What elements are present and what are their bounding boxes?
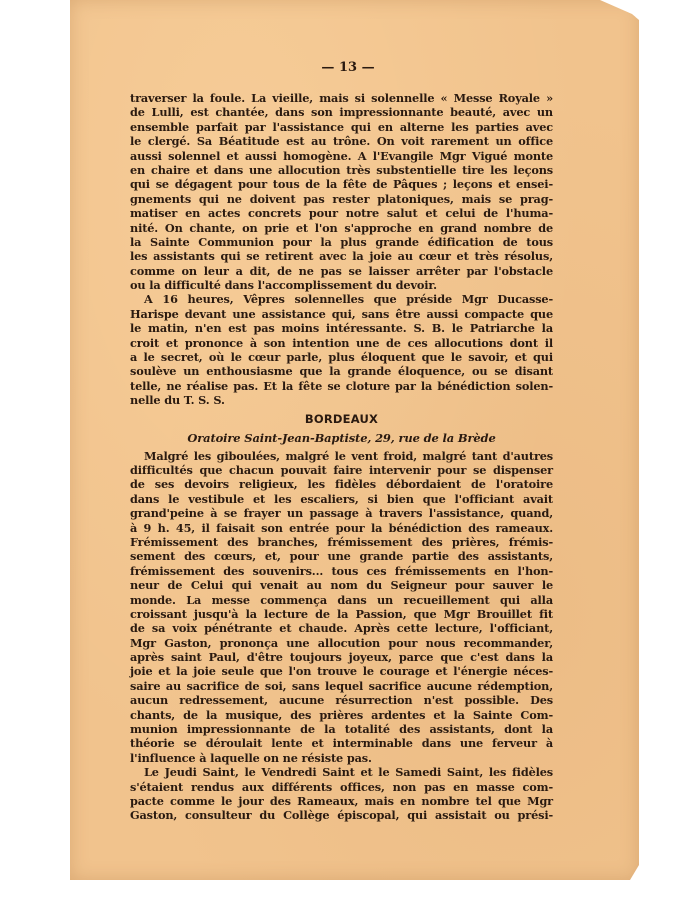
paragraph-4: Le Jeudi Saint, le Vendredi Saint et le … [130, 765, 553, 823]
page-number: — 13 — [0, 60, 696, 75]
text-line: de ses devoirs religieux, les fidèles dé… [130, 477, 553, 491]
section-subheading: Oratoire Saint-Jean-Baptiste, 29, rue de… [130, 428, 553, 449]
text-line: s'étaient rendus aux différents offices,… [130, 780, 553, 794]
text-line: aucun redressement, aucune résurrection … [130, 693, 553, 707]
text-line: les assistants qui se retirent avec la j… [130, 249, 553, 263]
text-line: en chaire et dans une allocution très su… [130, 163, 553, 177]
text-line: aussi solennel et aussi homogène. A l'Ev… [130, 149, 553, 163]
text-line: nelle du T. S. S. [130, 393, 553, 407]
text-line: dans le vestibule et les escaliers, si b… [130, 492, 553, 506]
text-line: la Sainte Communion pour la plus grande … [130, 235, 553, 249]
text-line: sement des cœurs, et, pour une grande pa… [130, 549, 553, 563]
text-line: neur de Celui qui venait au nom du Seign… [130, 578, 553, 592]
text-line: l'influence à laquelle on ne résiste pas… [130, 751, 553, 765]
text-line: Le Jeudi Saint, le Vendredi Saint et le … [130, 765, 553, 779]
text-line: gnements qui ne doivent pas rester plato… [130, 192, 553, 206]
text-line: de sa voix pénétrante et chaude. Après c… [130, 621, 553, 635]
text-line: monde. La messe commença dans un recueil… [130, 593, 553, 607]
text-line: pacte comme le jour des Rameaux, mais en… [130, 794, 553, 808]
text-line: difficultés que chacun pouvait faire int… [130, 463, 553, 477]
section-heading: BORDEAUX [130, 408, 553, 428]
text-line: croit et prononce à son intention une de… [130, 336, 553, 350]
text-line: ou la difficulté dans l'accomplissement … [130, 278, 553, 292]
text-line: qui se dégagent pour tous de la fête de … [130, 177, 553, 191]
text-line: croissant jusqu'à la lecture de la Passi… [130, 607, 553, 621]
text-line: Mgr Gaston, prononça une allocution pour… [130, 636, 553, 650]
text-line: après saint Paul, d'être toujours joyeux… [130, 650, 553, 664]
text-line: chants, de la musique, des prières arden… [130, 708, 553, 722]
text-line: le matin, n'en est pas moins intéressant… [130, 321, 553, 335]
text-line: Gaston, consulteur du Collège épiscopal,… [130, 808, 553, 822]
paragraph-3: Malgré les giboulées, malgré le vent fro… [130, 449, 553, 766]
text-line: Malgré les giboulées, malgré le vent fro… [130, 449, 553, 463]
text-line: telle, ne réalise pas. Et la fête se clo… [130, 379, 553, 393]
text-line: comme on leur a dit, de ne pas se laisse… [130, 264, 553, 278]
text-line: matiser en actes concrets pour notre sal… [130, 206, 553, 220]
text-line: Frémissement des branches, frémissement … [130, 535, 553, 549]
paragraph-1: traverser la foule. La vieille, mais si … [130, 91, 553, 292]
text-line: Harispe devant une assistance qui, sans … [130, 307, 553, 321]
paragraph-2: A 16 heures, Vêpres solennelles que prés… [130, 292, 553, 407]
page-body: traverser la foule. La vieille, mais si … [130, 91, 553, 823]
text-line: grand'peine à se frayer un passage à tra… [130, 506, 553, 520]
text-line: A 16 heures, Vêpres solennelles que prés… [130, 292, 553, 306]
text-line: nité. On chante, on prie et l'on s'appro… [130, 221, 553, 235]
text-line: le clergé. Sa Béatitude est au trône. On… [130, 134, 553, 148]
text-line: traverser la foule. La vieille, mais si … [130, 91, 553, 105]
text-line: munion impressionnante de la totalité de… [130, 722, 553, 736]
text-line: à 9 h. 45, il faisait son entrée pour la… [130, 521, 553, 535]
text-line: joie et la joie seule que l'on trouve le… [130, 664, 553, 678]
text-line: de Lulli, est chantée, dans son impressi… [130, 105, 553, 119]
text-line: ensemble parfait par l'assistance qui en… [130, 120, 553, 134]
text-line: frémissement des souvenirs... tous ces f… [130, 564, 553, 578]
text-line: saire au sacrifice de soi, sans lequel s… [130, 679, 553, 693]
text-line: soulève un enthousiasme que la grande él… [130, 364, 553, 378]
text-line: théorie se déroulait lente et interminab… [130, 736, 553, 750]
text-line: a le secret, où le cœur parle, plus éloq… [130, 350, 553, 364]
